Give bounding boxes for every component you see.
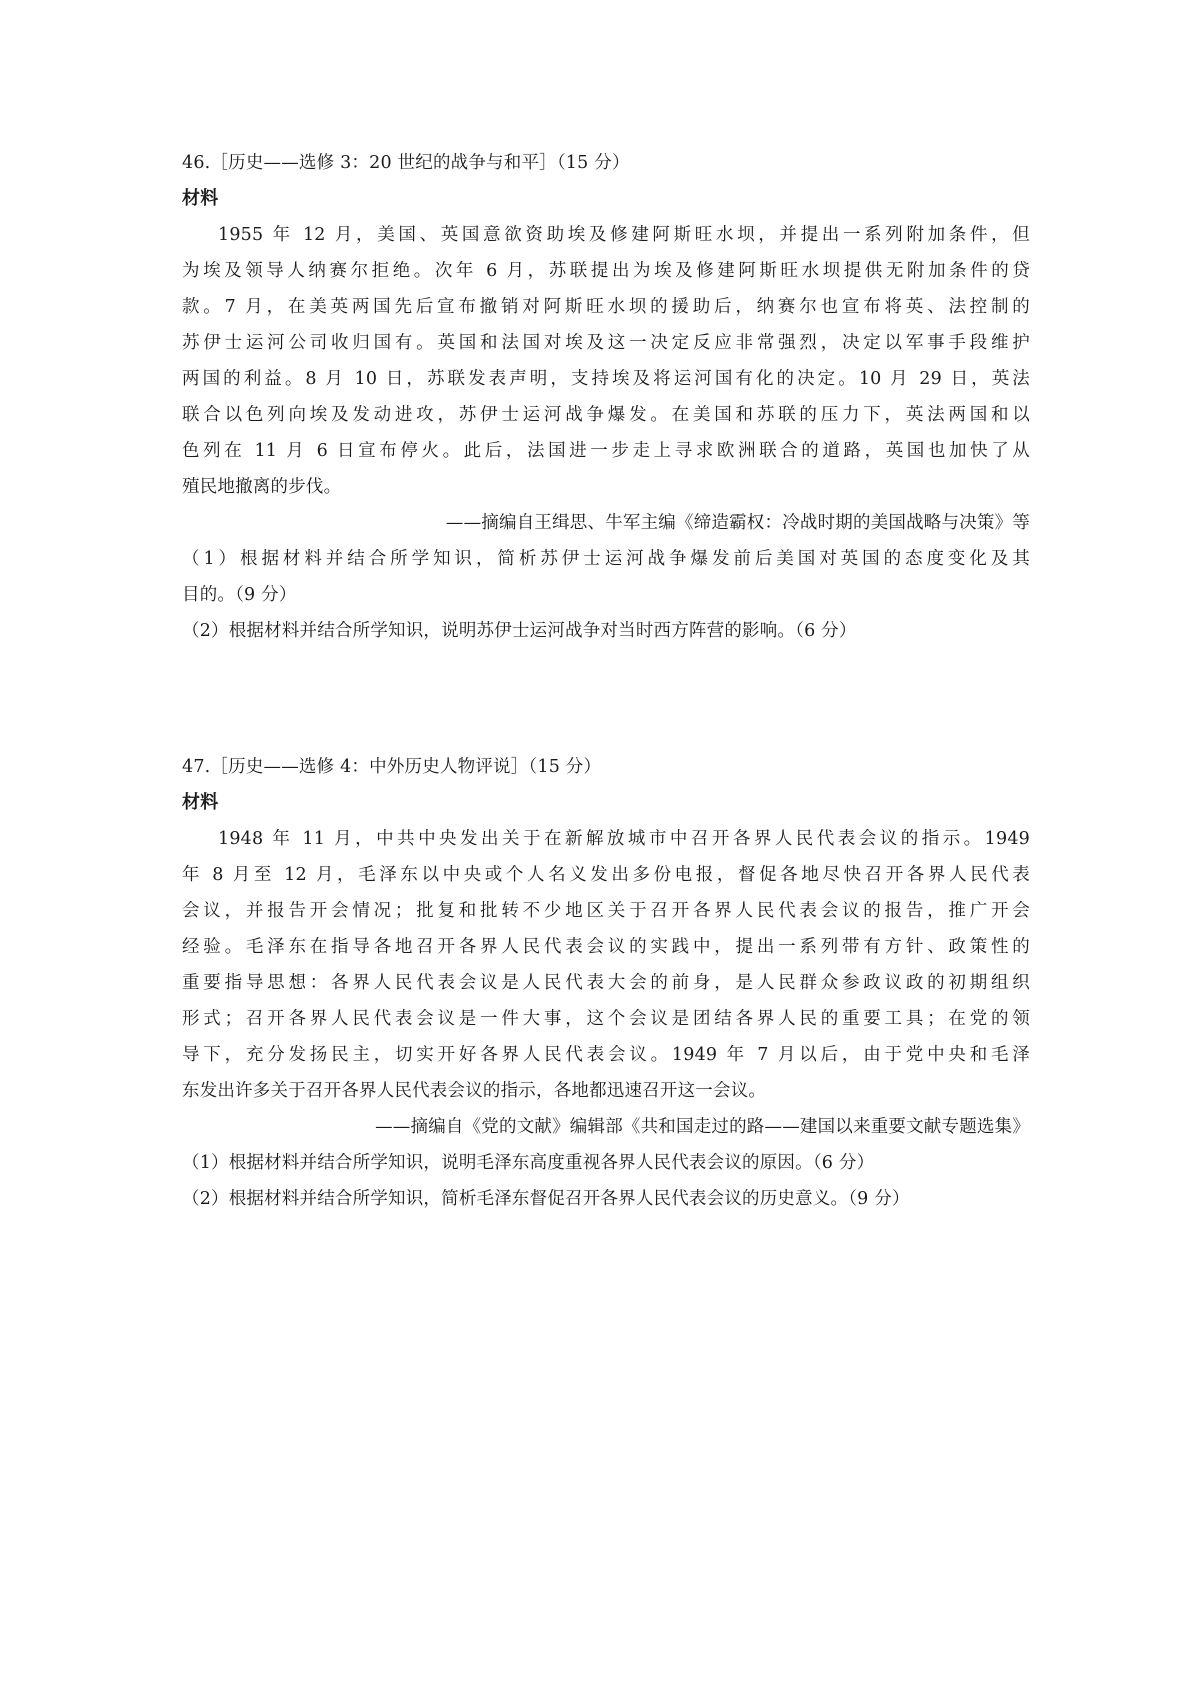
- material-line: 会议，并报告开会情况；批复和批转不少地区关于召开各界人民代表会议的报告，推广开会: [182, 893, 1030, 929]
- material-line: 殖民地撤离的步伐。: [182, 469, 1030, 505]
- sub-question-1: （1）根据材料并结合所学知识，简析苏伊士运河战争爆发前后美国对英国的态度变化及其: [182, 541, 1030, 577]
- sub-question-2: （2）根据材料并结合所学知识，简析毛泽东督促召开各界人民代表会议的历史意义。（9…: [182, 1181, 1030, 1217]
- material-label: 材料: [182, 785, 1030, 821]
- material-line: 联合以色列向埃及发动进攻，苏伊士运河战争爆发。在美国和苏联的压力下，英法两国和以: [182, 397, 1030, 433]
- material-line: 色列在 11 月 6 日宣布停火。此后，法国进一步走上寻求欧洲联合的道路，英国也…: [182, 433, 1030, 469]
- material-source: ——摘编自《党的文献》编辑部《共和国走过的路——建国以来重要文献专题选集》: [182, 1109, 1030, 1145]
- material-line: 1955 年 12 月，美国、英国意欲资助埃及修建阿斯旺水坝，并提出一系列附加条…: [182, 217, 1030, 253]
- material-line: 导下，充分发扬民主，切实开好各界人民代表会议。1949 年 7 月以后，由于党中…: [182, 1037, 1030, 1073]
- question-heading: 47.［历史——选修 4：中外历史人物评说］（15 分）: [182, 749, 1030, 785]
- exam-page: 46.［历史——选修 3：20 世纪的战争与和平］（15 分） 材料 1955 …: [182, 145, 1030, 1217]
- material-source: ——摘编自王缉思、牛军主编《缔造霸权：冷战时期的美国战略与决策》等: [182, 505, 1030, 541]
- question-heading: 46.［历史——选修 3：20 世纪的战争与和平］（15 分）: [182, 145, 1030, 181]
- material-line: 重要指导思想：各界人民代表会议是人民代表大会的前身，是人民群众参政议政的初期组织: [182, 965, 1030, 1001]
- material-line: 东发出许多关于召开各界人民代表会议的指示，各地都迅速召开这一会议。: [182, 1073, 1030, 1109]
- material-line: 1948 年 11 月，中共中央发出关于在新解放城市中召开各界人民代表会议的指示…: [182, 821, 1030, 857]
- sub-question-1-cont: 目的。（9 分）: [182, 577, 1030, 613]
- material-line: 经验。毛泽东在指导各地召开各界人民代表会议的实践中，提出一系列带有方针、政策性的: [182, 929, 1030, 965]
- material-line: 款。7 月，在美英两国先后宣布撤销对阿斯旺水坝的援助后，纳赛尔也宣布将英、法控制…: [182, 289, 1030, 325]
- material-line: 年 8 月至 12 月，毛泽东以中央或个人名义发出多份电报，督促各地尽快召开各界…: [182, 857, 1030, 893]
- question-46: 46.［历史——选修 3：20 世纪的战争与和平］（15 分） 材料 1955 …: [182, 145, 1030, 649]
- material-line: 形式；召开各界人民代表会议是一件大事，这个会议是团结各界人民的重要工具；在党的领: [182, 1001, 1030, 1037]
- material-line: 苏伊士运河公司收归国有。英国和法国对埃及这一决定反应非常强烈，决定以军事手段维护: [182, 325, 1030, 361]
- section-spacer: [182, 649, 1030, 749]
- material-line: 为埃及领导人纳赛尔拒绝。次年 6 月，苏联提出为埃及修建阿斯旺水坝提供无附加条件…: [182, 253, 1030, 289]
- sub-question-1: （1）根据材料并结合所学知识，说明毛泽东高度重视各界人民代表会议的原因。（6 分…: [182, 1145, 1030, 1181]
- material-label: 材料: [182, 181, 1030, 217]
- sub-question-2: （2）根据材料并结合所学知识，说明苏伊士运河战争对当时西方阵营的影响。（6 分）: [182, 613, 1030, 649]
- question-47: 47.［历史——选修 4：中外历史人物评说］（15 分） 材料 1948 年 1…: [182, 749, 1030, 1217]
- material-text: 1948 年 11 月，中共中央发出关于在新解放城市中召开各界人民代表会议的指示…: [182, 821, 1030, 1109]
- material-text: 1955 年 12 月，美国、英国意欲资助埃及修建阿斯旺水坝，并提出一系列附加条…: [182, 217, 1030, 505]
- material-line: 两国的利益。8 月 10 日，苏联发表声明，支持埃及将运河国有化的决定。10 月…: [182, 361, 1030, 397]
